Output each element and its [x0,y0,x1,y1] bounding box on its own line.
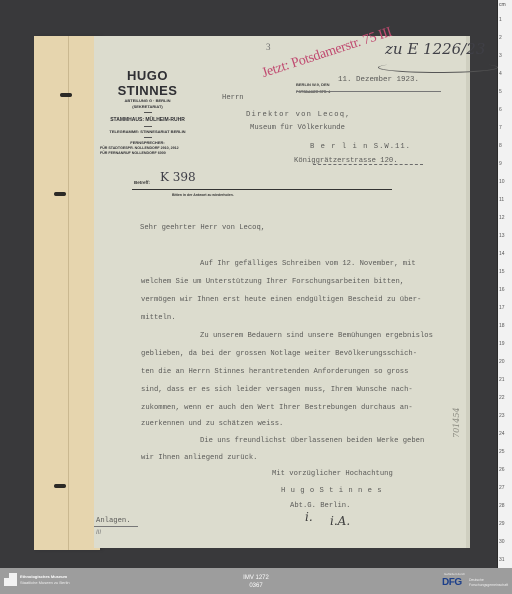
ruler-tick: 25 [499,449,505,455]
recipient-name: Direktor von Lecoq, [246,111,351,119]
body-line: wir Ihnen anliegend zurück. [141,454,257,462]
phone-long: FÜR FERNANRUF NOLLENDORF 6000 [100,151,195,156]
ruler-tick: 21 [499,377,505,383]
signature-initial: i. [305,510,313,524]
body-line: ten die an Herrn Stinnes herantretenden … [141,368,408,376]
company-name: HUGO STINNES [100,68,195,98]
date-line [296,91,441,92]
closing-department: Abt.G. Berlin. [290,502,350,510]
ruler-tick: 31 [499,557,505,563]
page-id: 0367 [0,583,512,589]
ruler-unit: cm [499,2,506,8]
body-line: sind, dass er es sich leider versagen mu… [141,386,413,394]
ruler-tick: 13 [499,233,505,239]
headquarters: STAMMHAUS: MÜLHEIM-RUHR [100,117,195,124]
measurement-ruler: cm 1 2 3 4 5 6 7 8 9 10 11 12 13 14 15 1… [497,0,512,568]
enclosures-label: Anlagen. [96,517,131,525]
inventory-id: IMV 1272 [0,575,512,581]
ruler-tick: 12 [499,215,505,221]
folder-crease [68,36,69,550]
ruler-tick: 14 [499,251,505,257]
enclosures-underline [94,526,138,527]
ruler-tick: 26 [499,467,505,473]
ruler-tick: 18 [499,323,505,329]
subject-label: Betreff: [134,180,150,185]
paper-edge [466,36,470,548]
department-sub: (SEKRETARIAT) [100,104,195,110]
pencil-mark: III [96,530,101,536]
margin-inventory-number: 701454 [452,407,461,438]
signature: i.A. [330,514,350,528]
body-line: Zu unserem Bedauern sind unsere Bemühung… [200,332,433,340]
archive-footer: Ethnologisches Museum Staatliche Museen … [0,568,512,594]
dfg-logo-icon: DFG [442,577,462,588]
closing-company: H u g o S t i n n e s [281,487,382,495]
ruler-tick: 4 [499,71,502,77]
printed-place: BERLIN W.9, DEN [296,82,330,87]
body-line: Auf Ihr gefälliges Schreiben vom 12. Nov… [200,260,416,268]
ruler-tick: 3 [499,53,502,59]
ruler-tick: 10 [499,179,505,185]
sponsor-prefix: Gefördert durch [444,572,465,576]
ruler-tick: 16 [499,287,505,293]
punch-hole [54,192,66,196]
subject-line [132,189,392,190]
punch-hole [54,484,66,488]
ruler-tick: 17 [499,305,505,311]
ruler-tick: 1 [499,17,502,23]
ruler-tick: 5 [499,89,502,95]
divider [144,112,152,113]
folder-binding-strip [34,36,100,550]
divider [144,126,152,127]
ruler-tick: 28 [499,503,505,509]
ruler-tick: 9 [499,161,502,167]
subject-value: K 398 [160,170,196,184]
punch-hole [60,93,72,97]
subject-note: Bitten in der Antwort zu wiederholen. [172,193,234,197]
body-line: zukommen, wenn er auch den Wert Ihrer Be… [141,404,413,412]
greeting: Sehr geehrter Herr von Lecoq, [140,224,265,232]
recipient-institution: Museum für Völkerkunde [250,124,345,132]
handwritten-reference: zu E 1226/23 [385,40,485,58]
body-line: mitteln. [141,314,176,322]
telegram-address: TELEGRAMME: STINNESARIAT BERLIN [100,129,195,135]
letter-date: 11. Dezember 1923. [338,76,419,84]
ruler-tick: 29 [499,521,505,527]
sponsor-name-line1: Deutsche [469,578,484,582]
recipient-street: Königgrätzerstrasse 120. [294,157,398,165]
ruler-tick: 15 [499,269,505,275]
body-line: welchem Sie um Unterstützung Ihrer Forsc… [141,278,404,286]
ruler-tick: 7 [499,125,502,131]
body-line: zuerkennen und zu schätzen weiss. [141,420,283,428]
recipient-city: B e r l i n S.W.11. [310,143,411,151]
ruler-tick: 8 [499,143,502,149]
ruler-tick: 22 [499,395,505,401]
body-line: Die uns freundlichst überlassenen beiden… [200,437,424,445]
closing-regards: Mit vorzüglicher Hochachtung [272,470,393,478]
ruler-tick: 23 [499,413,505,419]
ruler-tick: 19 [499,341,505,347]
letterhead: HUGO STINNES ABTEILUNG G · BERLIN (SEKRE… [100,68,195,156]
ruler-tick: 30 [499,539,505,545]
ruler-tick: 6 [499,107,502,113]
page-number: 3 [266,42,271,52]
ruler-tick: 11 [499,197,504,203]
body-line: vermögen wir Ihnen erst heute einen endg… [141,296,421,304]
recipient-salutation: Herrn [222,94,244,102]
sponsor-name-line2: Forschungsgemeinschaft [469,583,508,587]
body-line: geblieben, da bei der grossen Notlage we… [141,350,417,358]
ruler-tick: 2 [499,35,502,41]
reference-underline [378,62,498,73]
ruler-tick: 24 [499,431,505,437]
ruler-tick: 20 [499,359,505,365]
ruler-tick: 27 [499,485,505,491]
divider [144,137,152,138]
